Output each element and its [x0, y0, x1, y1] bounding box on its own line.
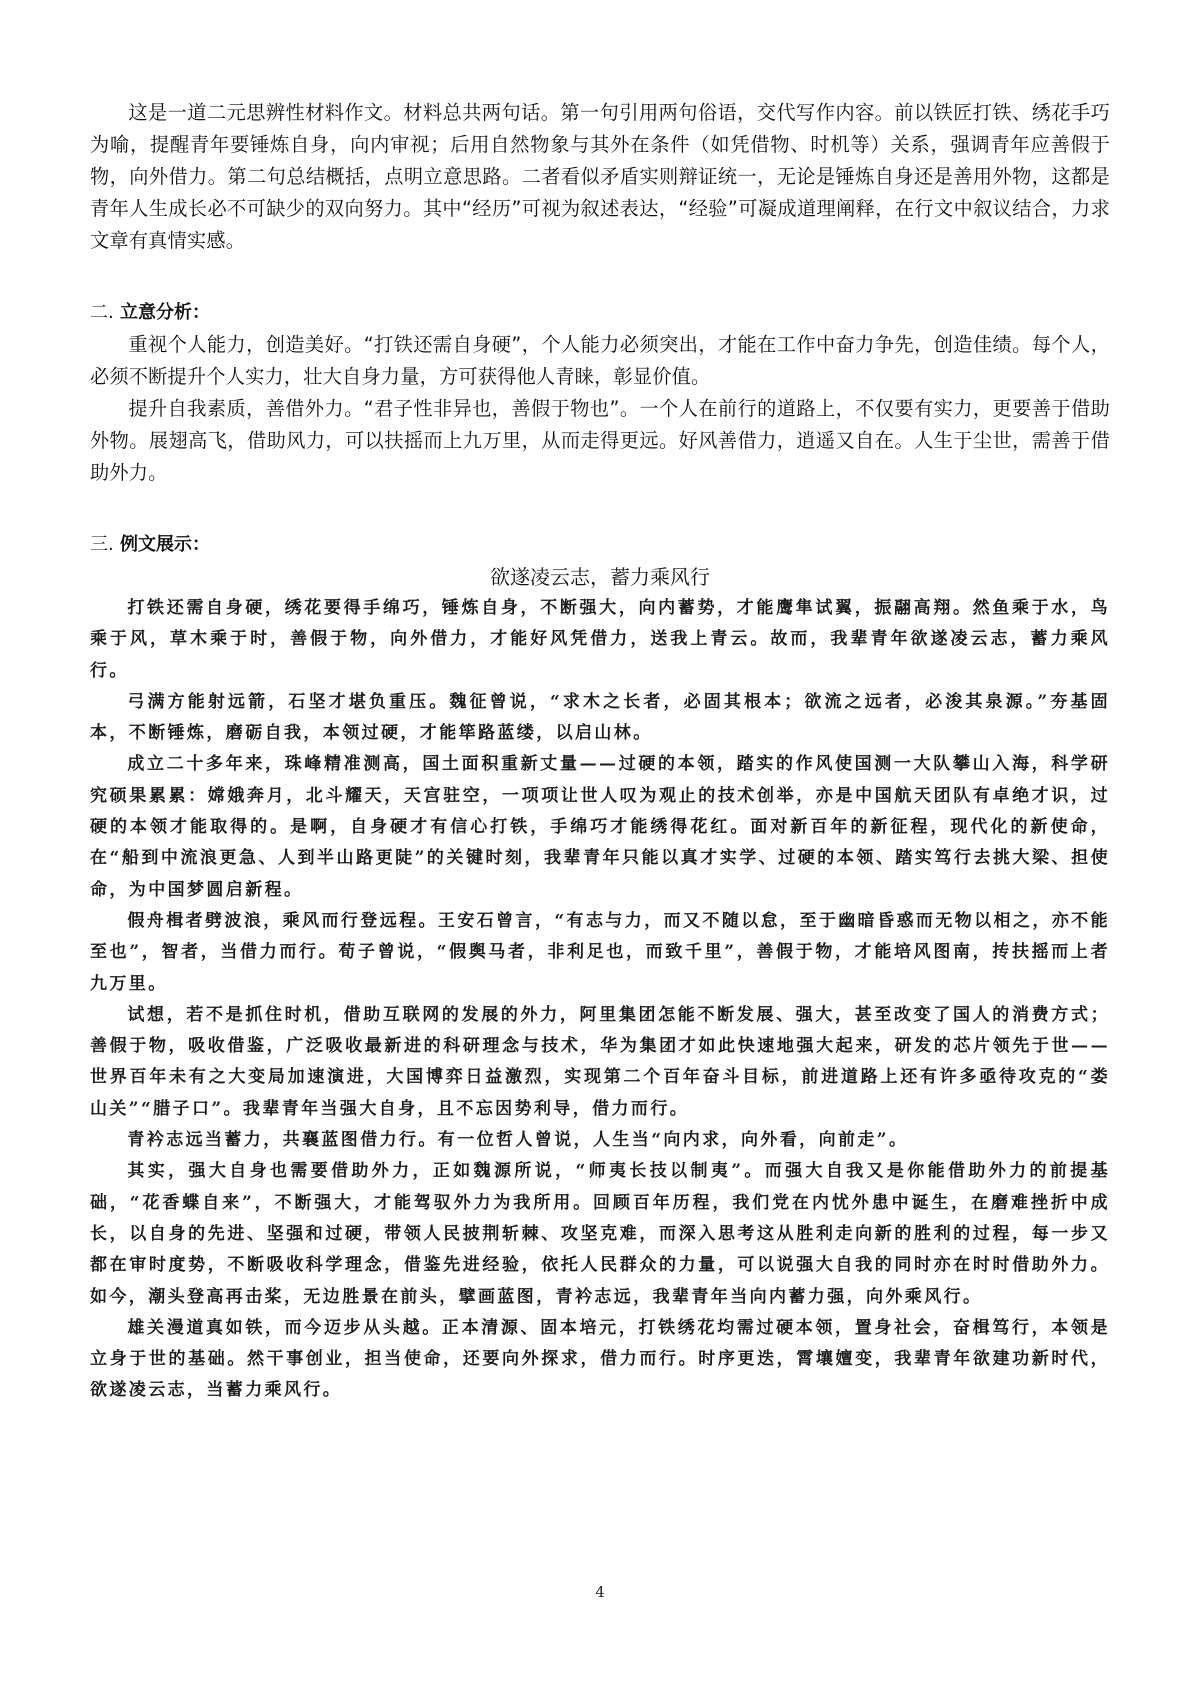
spacer — [90, 257, 1110, 297]
essay-paragraph: 打铁还需自身硬，绣花要得手绵巧，锤炼自身，不断强大，向内蓄势，才能鹰隼试翼，振翮… — [90, 593, 1110, 687]
spacer — [90, 489, 1110, 529]
page-number: 4 — [0, 1583, 1200, 1601]
section-heading-example: 三. 例文展示： — [90, 529, 1110, 561]
document-page: 这是一道二元思辨性材料作文。材料总共两句话。第一句引用两句俗语，交代写作内容。前… — [0, 0, 1200, 1698]
page-content: 这是一道二元思辨性材料作文。材料总共两句话。第一句引用两句俗语，交代写作内容。前… — [90, 97, 1110, 1407]
essay-paragraph: 青衿志远当蓄力，共襄蓝图借力行。有一位哲人曾说，人生当“向内求，向外看，向前走”… — [90, 1125, 1110, 1156]
analysis-paragraph: 重视个人能力，创造美好。“打铁还需自身硬”，个人能力必须突出，才能在工作中奋力争… — [90, 329, 1110, 393]
essay-paragraph: 雄关漫道真如铁，而今迈步从头越。正本清源、固本培元，打铁绣花均需过硬本领，置身社… — [90, 1313, 1110, 1407]
essay-paragraph: 试想，若不是抓住时机，借助互联网的发展的外力，阿里集团怎能不断发展、强大，甚至改… — [90, 1000, 1110, 1125]
essay-paragraph: 成立二十多年来，珠峰精准测高，国土面积重新丈量——过硬的本领，踏实的作风使国测一… — [90, 749, 1110, 905]
essay-paragraph: 假舟楫者劈波浪，乘风而行登远程。王安石曾言，“有志与力，而又不随以怠，至于幽暗昏… — [90, 906, 1110, 1000]
section-title: 例文展示： — [120, 534, 210, 555]
intro-paragraph: 这是一道二元思辨性材料作文。材料总共两句话。第一句引用两句俗语，交代写作内容。前… — [90, 97, 1110, 257]
section-title: 立意分析： — [120, 302, 210, 323]
analysis-paragraph: 提升自我素质，善借外力。“君子性非异也，善假于物也”。一个人在前行的道路上，不仅… — [90, 393, 1110, 489]
section-number: 三. — [90, 534, 114, 555]
essay-paragraph: 其实，强大自身也需要借助外力，正如魏源所说，“师夷长技以制夷”。而强大自我又是你… — [90, 1156, 1110, 1312]
section-number: 二. — [90, 302, 114, 323]
essay-title: 欲遂凌云志，蓄力乘风行 — [90, 561, 1110, 593]
essay-paragraph: 弓满方能射远箭，石坚才堪负重压。魏征曾说，“求木之长者，必固其根本；欲流之远者，… — [90, 687, 1110, 750]
section-heading-analysis: 二. 立意分析： — [90, 297, 1110, 329]
